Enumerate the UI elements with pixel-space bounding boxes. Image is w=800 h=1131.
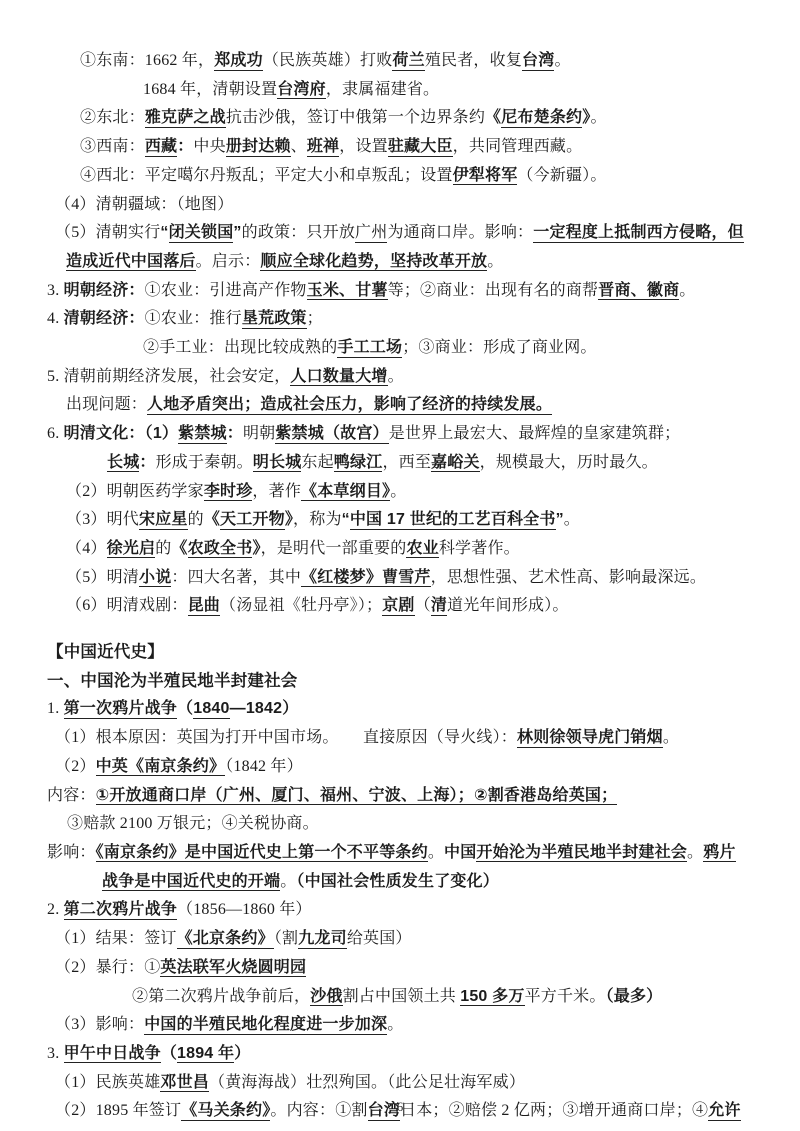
- text-segment: 1840: [193, 700, 229, 719]
- text-line: （2）暴行：①英法联军火烧圆明园: [47, 954, 770, 983]
- text-line: 一、中国沦为半殖民地半封建社会: [47, 667, 770, 696]
- text-segment: 紫禁城: [178, 425, 227, 444]
- text-segment: 抗击沙俄，签订中俄第一个边界条约: [226, 109, 485, 126]
- text-segment: 1894 年: [177, 1045, 234, 1064]
- text-content: ①东南：1662 年，郑成功（民族英雄）打败荷兰殖民者，收复台湾。1684 年，…: [47, 47, 770, 1126]
- text-segment: ④西北：平定噶尔丹叛乱；平定大小和卓叛乱；设置: [80, 167, 453, 184]
- text-segment: 驻藏大臣: [388, 138, 453, 157]
- text-segment: ：四大名著，其中: [171, 569, 301, 586]
- text-segment: （割: [274, 930, 298, 947]
- text-segment: 顺应全球化趋势，坚持改革开放: [260, 253, 487, 272]
- text-segment: 3.: [47, 282, 64, 299]
- text-segment: ，西至: [382, 454, 431, 471]
- text-segment: （民族英雄）打败: [263, 52, 393, 69]
- text-segment: 中央: [193, 138, 225, 155]
- text-segment: 平方千米。: [525, 988, 606, 1005]
- text-segment: 。: [387, 1016, 403, 1033]
- text-line: ②手工业：出现比较成熟的手工工场；③商业：形成了商业网。: [47, 334, 770, 363]
- text-line: （1）民族英雄邓世昌（黄海海战）壮烈殉国。（此公足壮海军威）: [47, 1069, 770, 1098]
- text-line: 长城：形成于秦朝。明长城东起鸭绿江，西至嘉峪关，规模最大，历时最久。: [47, 449, 770, 478]
- text-segment: （今新疆）。: [517, 167, 606, 184]
- text-segment: 尼布楚条约: [501, 109, 582, 128]
- text-segment: 嘉峪关: [431, 454, 480, 473]
- text-segment: 沙俄: [310, 988, 342, 1007]
- text-segment: 雅克萨之战: [145, 109, 226, 128]
- text-line: 造成近代中国落后。启示：顺应全球化趋势，坚持改革开放。: [47, 248, 770, 277]
- text-line: 4. 清朝经济：①农业：推行垦荒政策；: [47, 305, 770, 334]
- text-segment: 。: [388, 368, 404, 385]
- text-line: 出现问题：人地矛盾突出；造成社会压力，影响了经济的持续发展。: [47, 391, 770, 420]
- text-segment: 广州: [355, 224, 387, 243]
- text-segment: （: [415, 597, 431, 614]
- text-segment: 东起: [301, 454, 333, 471]
- text-segment: 班禅: [307, 138, 339, 157]
- text-segment: “: [160, 224, 168, 241]
- text-segment: 九龙司: [298, 930, 347, 949]
- text-segment: 的: [155, 540, 171, 557]
- text-line: ①东南：1662 年，郑成功（民族英雄）打败荷兰殖民者，收复台湾。: [47, 47, 770, 76]
- text-segment: ①农业：引进高产作物: [145, 282, 307, 299]
- text-segment: 台湾: [522, 52, 554, 71]
- text-segment: 长城: [107, 454, 139, 473]
- text-segment: ③赔款 2100 万银元；④关税协商。: [67, 815, 319, 832]
- text-segment: 《红楼梦》曹雪芹: [301, 569, 431, 588]
- text-segment: 。: [487, 253, 503, 270]
- text-segment: ：: [177, 138, 193, 155]
- text-segment: 西藏: [145, 138, 177, 157]
- text-segment: 清朝经济：: [64, 310, 145, 327]
- text-segment: （2）明朝医药学家: [66, 483, 204, 500]
- text-line: （4）徐光启的《农政全书》，是明代一部重要的农业科学著作。: [47, 535, 770, 564]
- text-segment: 《: [171, 540, 187, 557]
- text-segment: （1）民族英雄: [55, 1074, 160, 1091]
- text-segment: （5）明清: [66, 569, 139, 586]
- text-line: ②东北：雅克萨之战抗击沙俄，签订中俄第一个边界条约《尼布楚条约》。: [47, 104, 770, 133]
- text-segment: 《: [204, 511, 220, 528]
- text-segment: 》: [252, 540, 260, 557]
- text-line: 内容：①开放通商口岸（广州、厦门、福州、宁波、上海）；②割香港岛给英国；: [47, 782, 770, 811]
- text-line: 【中国近代史】: [47, 638, 770, 667]
- text-line: （6）明清戏剧：昆曲（汤显祖《牡丹亭》）；京剧（清道光年间形成）。: [47, 592, 770, 621]
- text-segment: 农业: [406, 540, 438, 559]
- text-segment: ，著作: [252, 483, 301, 500]
- text-segment: 第二次鸦片战争: [64, 901, 177, 920]
- text-segment: 一定程度上抵制西方侵略，但: [533, 224, 744, 243]
- text-line: 5. 清朝前期经济发展，社会安定，人口数量大增。: [47, 363, 770, 392]
- text-segment: 中国: [444, 844, 476, 861]
- text-segment: （4）: [66, 540, 107, 557]
- text-segment: ：: [139, 454, 155, 471]
- text-segment: ，是明代一部重要的: [261, 540, 407, 557]
- text-segment: （2）暴行：①: [55, 959, 160, 976]
- text-line: （2）明朝医药学家李时珍，著作《本草纲目》。: [47, 478, 770, 507]
- text-segment: （最多）: [606, 988, 663, 1005]
- text-segment: 垦荒政策: [242, 310, 307, 329]
- text-segment: 科学著作。: [439, 540, 520, 557]
- text-segment: 殖民者，收复: [425, 52, 522, 69]
- text-line: ③西南：西藏：中央册封达赖、班禅，设置驻藏大臣，共同管理西藏。: [47, 133, 770, 162]
- page-number: 6: [0, 1099, 800, 1115]
- text-segment: 一、中国沦为半殖民地半封建社会: [47, 672, 298, 690]
- text-segment: ①开放通商口岸（广州、厦门、福州、宁波、上海）；②割香港岛给英国；: [96, 787, 618, 806]
- text-line: 2. 第二次鸦片战争（1856—1860 年）: [47, 896, 770, 925]
- text-segment: 为通商口岸。影响：: [387, 224, 533, 241]
- text-segment: 的政策：只开放: [242, 224, 355, 241]
- text-segment: 农政全书: [188, 540, 253, 559]
- text-segment: 等；②商业：出现有名的商帮: [388, 282, 599, 299]
- text-segment: （1）根本原因：英国为打开中国市场。 直接原因（导火线）：: [55, 729, 517, 746]
- text-segment: 形成于秦朝。: [156, 454, 253, 471]
- text-segment: 道光年间形成）。: [447, 597, 569, 614]
- text-segment: 《南京条约》是中国近代史上第一个不平等条约: [96, 844, 428, 863]
- text-segment: 徐光启: [107, 540, 156, 559]
- text-segment: ③西南：: [80, 138, 145, 155]
- text-segment: （1842 年）: [225, 758, 303, 775]
- text-segment: 6.: [47, 425, 64, 442]
- text-line: 3. 明朝经济：①农业：引进高产作物玉米、甘薯等；②商业：出现有名的商帮晋商、徽…: [47, 277, 770, 306]
- text-line: （5）清朝实行“闭关锁国”的政策：只开放广州为通商口岸。影响：一定程度上抵制西方…: [47, 219, 770, 248]
- text-segment: 宋应星: [139, 511, 188, 530]
- text-segment: 中国的半殖民地化程度进一步加深: [144, 1016, 387, 1035]
- text-segment: （6）明清戏剧：: [66, 597, 188, 614]
- text-line: （3）明代宋应星的《天工开物》，称为“中国 17 世纪的工艺百科全书”。: [47, 506, 770, 535]
- text-segment: 》: [285, 511, 293, 528]
- text-segment: 。: [663, 729, 679, 746]
- text-segment: 荷兰: [392, 52, 424, 71]
- text-line: （2）中英《南京条约》（1842 年）: [47, 753, 770, 782]
- text-segment: 明朝: [243, 425, 275, 442]
- text-segment: 1.: [47, 700, 64, 717]
- text-segment: 150 多万: [460, 988, 524, 1007]
- text-segment: 的: [188, 511, 204, 528]
- text-segment: 明长城: [253, 454, 302, 473]
- text-segment: ②东北：: [80, 109, 145, 126]
- text-line: ②第二次鸦片战争前后，沙俄割占中国领土共 150 多万平方千米。（最多）: [47, 983, 770, 1012]
- document-page: ①东南：1662 年，郑成功（民族英雄）打败荷兰殖民者，收复台湾。1684 年，…: [0, 0, 800, 1126]
- text-segment: 影响：: [47, 844, 96, 861]
- text-segment: （汤显祖《牡丹亭》）；: [220, 597, 382, 614]
- text-segment: ）: [234, 1045, 250, 1062]
- text-segment: 是世界上最宏大、最辉煌的皇家建筑群；: [389, 425, 681, 442]
- text-segment: ：: [227, 425, 243, 442]
- text-segment: 册封达赖: [226, 138, 291, 157]
- text-segment: 4.: [47, 310, 64, 327]
- text-line: 1. 第一次鸦片战争（1840—1842）: [47, 695, 770, 724]
- text-segment: （1）: [145, 425, 179, 442]
- text-line: ④西北：平定噶尔丹叛乱；平定大小和卓叛乱；设置伊犁将军（今新疆）。: [47, 162, 770, 191]
- text-segment: ；③商业：形成了商业网。: [402, 339, 596, 356]
- text-line: （1）根本原因：英国为打开中国市场。 直接原因（导火线）：林则徐领导虎门销烟。: [47, 724, 770, 753]
- text-line: 3. 甲午中日战争（1894 年）: [47, 1040, 770, 1069]
- text-segment: 甲午中日战争: [64, 1045, 161, 1064]
- text-segment: 闭关锁国: [169, 224, 234, 243]
- text-segment: （3）影响：: [55, 1016, 144, 1033]
- text-segment: （4）清朝疆域：（地图）: [55, 196, 233, 213]
- text-segment: （1）结果：签订: [55, 930, 177, 947]
- text-segment: 鸦片: [703, 844, 735, 863]
- text-segment: “: [342, 511, 350, 528]
- text-segment: 《北京条约》: [177, 930, 274, 949]
- text-segment: 。: [554, 52, 570, 69]
- text-segment: 天工开物: [220, 511, 285, 530]
- text-segment: 内容：: [47, 787, 96, 804]
- text-segment: 玉米、甘薯: [307, 282, 388, 301]
- text-segment: 郑成功: [214, 52, 263, 71]
- text-segment: 。: [390, 483, 406, 500]
- text-segment: （5）清朝实行: [55, 224, 160, 241]
- text-segment: ，设置: [339, 138, 388, 155]
- text-segment: 李时珍: [204, 483, 253, 502]
- text-segment: ，规模最大，历时最久。: [480, 454, 658, 471]
- text-segment: —1842）: [230, 700, 299, 717]
- text-line: （5）明清小说：四大名著，其中《红楼梦》曹雪芹，思想性强、艺术性高、影响最深远。: [47, 564, 770, 593]
- text-segment: ，隶属福建省。: [326, 81, 439, 98]
- text-segment: 给英国）: [347, 930, 412, 947]
- text-segment: 明清文化：: [64, 425, 145, 442]
- text-line: 1684 年，清朝设置台湾府，隶属福建省。: [47, 76, 770, 105]
- text-segment: 邓世昌: [160, 1074, 209, 1093]
- text-segment: 、: [291, 138, 307, 155]
- text-segment: 《: [485, 109, 501, 126]
- text-segment: 英法联军火烧圆明园: [160, 959, 306, 978]
- text-segment: （3）明代: [66, 511, 139, 528]
- text-segment: 。: [679, 282, 695, 299]
- text-segment: ②手工业：出现比较成熟的: [143, 339, 337, 356]
- text-segment: 清: [431, 597, 447, 616]
- text-segment: 人口数量大增: [290, 368, 387, 387]
- text-segment: ，称为: [293, 511, 342, 528]
- text-segment: （: [177, 700, 193, 717]
- text-segment: （2）: [55, 758, 96, 775]
- text-segment: 昆曲: [188, 597, 220, 616]
- text-segment: 《本草纲目》: [301, 483, 390, 502]
- text-segment: （中国社会性质发生了变化）: [296, 873, 499, 890]
- text-segment: ①农业：推行: [145, 310, 242, 327]
- text-segment: 京剧: [382, 597, 414, 616]
- text-segment: 晋商、徽商: [598, 282, 679, 301]
- text-segment: 。: [280, 873, 296, 890]
- text-segment: 小说: [139, 569, 171, 588]
- text-segment: 2.: [47, 901, 64, 918]
- text-segment: （1856—1860 年）: [177, 901, 312, 918]
- text-segment: 中英《南京条约》: [96, 758, 226, 777]
- text-segment: 开始沦为半殖民地半封建社会: [476, 844, 687, 863]
- text-segment: 人地矛盾突出；造成社会压力，影响了经济的持续发展。: [147, 396, 552, 415]
- text-line: 影响：《南京条约》是中国近代史上第一个不平等条约。中国开始沦为半殖民地半封建社会…: [47, 839, 770, 868]
- text-line: （4）清朝疆域：（地图）: [47, 191, 770, 220]
- text-segment: ；: [307, 310, 323, 327]
- text-segment: 出现问题：: [66, 396, 147, 413]
- text-segment: 第一次鸦片战争: [64, 700, 177, 719]
- text-segment: 。启示：: [196, 253, 261, 270]
- text-segment: 。: [564, 511, 580, 528]
- text-segment: 。: [590, 109, 606, 126]
- text-segment: 1684 年，清朝设置: [143, 81, 277, 98]
- text-segment: 紫禁城（故宫）: [275, 425, 388, 444]
- text-segment: 鸭绿江: [334, 454, 383, 473]
- text-segment: ②第二次鸦片战争前后，: [132, 988, 310, 1005]
- text-segment: ”: [556, 511, 564, 528]
- text-segment: 中国 17 世纪的工艺百科全书: [350, 511, 556, 530]
- text-segment: 台湾府: [277, 81, 326, 100]
- text-line: 6. 明清文化：（1）紫禁城：明朝紫禁城（故宫）是世界上最宏大、最辉煌的皇家建筑…: [47, 420, 770, 449]
- text-segment: 明朝经济：: [64, 282, 145, 299]
- text-segment: 5. 清朝前期经济发展，社会安定，: [47, 368, 290, 385]
- text-segment: 林则徐领导虎门销烟: [517, 729, 663, 748]
- text-line: （1）结果：签订《北京条约》（割九龙司给英国）: [47, 925, 770, 954]
- text-segment: 割占中国领土共: [343, 988, 461, 1005]
- text-segment: 战争是中国近代史的开端: [102, 873, 280, 892]
- text-line: ③赔款 2100 万银元；④关税协商。: [47, 810, 770, 839]
- text-segment: 伊犁将军: [453, 167, 518, 186]
- text-line: （3）影响：中国的半殖民地化程度进一步加深。: [47, 1011, 770, 1040]
- text-segment: 【中国近代史】: [47, 643, 164, 661]
- text-segment: （黄海海战）壮烈殉国。（此公足壮海军威）: [209, 1074, 525, 1091]
- text-segment: 手工工场: [337, 339, 402, 358]
- text-segment: （: [161, 1045, 177, 1062]
- text-segment: ，思想性强、艺术性高、影响最深远。: [431, 569, 706, 586]
- text-segment: ”: [233, 224, 241, 241]
- text-segment: ，共同管理西藏。: [453, 138, 583, 155]
- text-segment: 。: [428, 844, 444, 861]
- text-segment: 3.: [47, 1045, 64, 1062]
- text-line: 战争是中国近代史的开端。（中国社会性质发生了变化）: [47, 868, 770, 897]
- text-segment: 。: [687, 844, 703, 861]
- text-segment: 造成近代中国落后: [66, 253, 196, 272]
- text-segment: ①东南：1662 年，: [80, 52, 214, 69]
